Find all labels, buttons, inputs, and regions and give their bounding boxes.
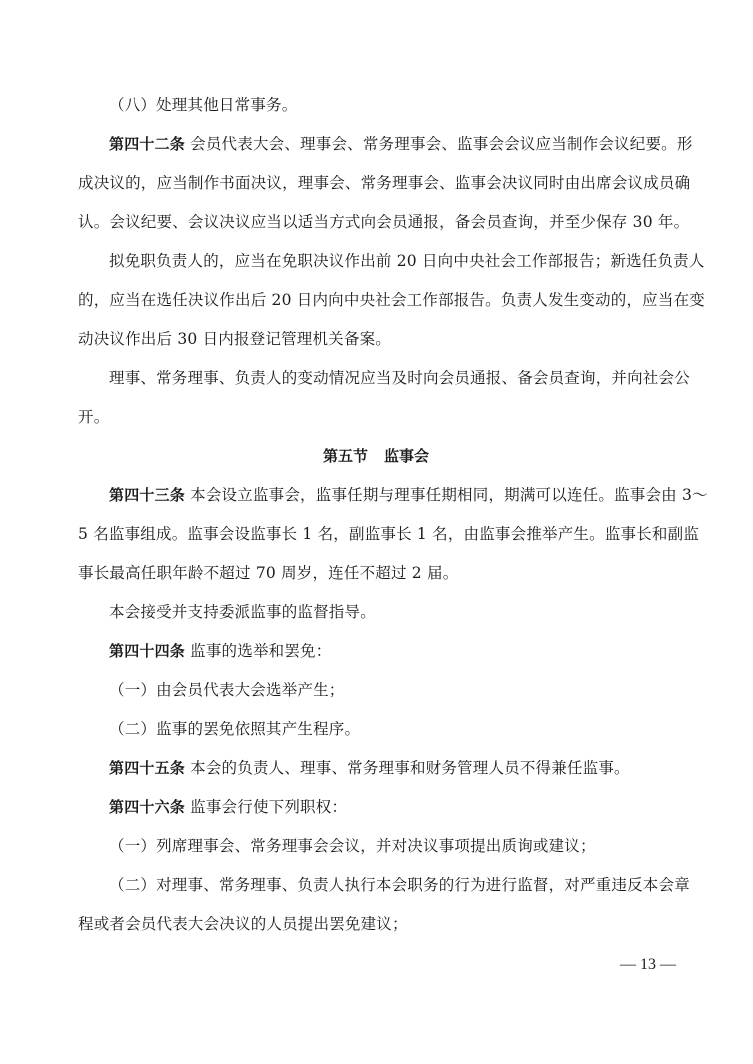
- article-text: 本会的负责人、理事、常务理事和财务管理人员不得兼任监事。: [190, 759, 630, 777]
- list-item-2-line-2: 程或者会员代表大会决议的人员提出罢免建议；: [78, 905, 674, 944]
- section-number: 第五节: [323, 447, 368, 465]
- paragraph-supervision: 本会接受并支持委派监事的监督指导。: [78, 593, 674, 632]
- article-43-line-3: 事长最高任职年龄不超过 70 周岁，连任不超过 2 届。: [78, 554, 674, 593]
- list-item-2: （二）对理事、常务理事、负责人执行本会职务的行为进行监督，对严重违反本会章: [78, 866, 674, 905]
- article-number: 第四十三条: [109, 486, 185, 504]
- article-42: 第四十二条 会员代表大会、理事会、常务理事会、监事会会议应当制作会议纪要。形: [78, 125, 674, 164]
- page-number: — 13 —: [620, 956, 676, 974]
- list-item-1: （一）由会员代表大会选举产生；: [78, 671, 674, 710]
- list-item-1: （一）列席理事会、常务理事会会议，并对决议事项提出质询或建议；: [78, 827, 674, 866]
- article-45: 第四十五条 本会的负责人、理事、常务理事和财务管理人员不得兼任监事。: [78, 749, 674, 788]
- article-number: 第四十二条: [109, 135, 185, 153]
- article-number: 第四十五条: [109, 759, 185, 777]
- document-page: （八）处理其他日常事务。 第四十二条 会员代表大会、理事会、常务理事会、监事会会…: [78, 86, 674, 944]
- paragraph-report: 拟免职负责人的，应当在免职决议作出前 20 日向中央社会工作部报告；新选任负责人: [78, 242, 674, 281]
- article-44: 第四十四条 监事的选举和罢免：: [78, 632, 674, 671]
- article-42-line-3: 认。会议纪要、会议决议应当以适当方式向会员通报，备会员查询，并至少保存 30 年…: [78, 203, 674, 242]
- section-heading: 第五节监事会: [78, 437, 674, 476]
- paragraph-disclosure-line-2: 开。: [78, 398, 674, 437]
- article-number: 第四十四条: [109, 642, 185, 660]
- article-text: 监事会行使下列职权：: [190, 798, 347, 816]
- list-item-2: （二）监事的罢免依照其产生程序。: [78, 710, 674, 749]
- article-text: 会员代表大会、理事会、常务理事会、监事会会议应当制作会议纪要。形: [190, 135, 692, 153]
- paragraph-disclosure: 理事、常务理事、负责人的变动情况应当及时向会员通报、备会员查询，并向社会公: [78, 359, 674, 398]
- paragraph-text: （八）处理其他日常事务。: [109, 96, 297, 114]
- article-46: 第四十六条 监事会行使下列职权：: [78, 788, 674, 827]
- paragraph-report-line-2: 的，应当在选任决议作出后 20 日内向中央社会工作部报告。负责人发生变动的，应当…: [78, 281, 674, 320]
- article-43-line-2: 5 名监事组成。监事会设监事长 1 名，副监事长 1 名，由监事会推举产生。监事…: [78, 515, 674, 554]
- article-text: 本会设立监事会，监事任期与理事任期相同，期满可以连任。监事会由 3～: [190, 486, 708, 504]
- article-number: 第四十六条: [109, 798, 185, 816]
- section-title: 监事会: [384, 447, 429, 465]
- article-43: 第四十三条 本会设立监事会，监事任期与理事任期相同，期满可以连任。监事会由 3～: [78, 476, 674, 515]
- paragraph-item-8: （八）处理其他日常事务。: [78, 86, 674, 125]
- paragraph-report-line-3: 动决议作出后 30 日内报登记管理机关备案。: [78, 320, 674, 359]
- article-text: 监事的选举和罢免：: [190, 642, 331, 660]
- article-42-line-2: 成决议的，应当制作书面决议，理事会、常务理事会、监事会决议同时由出席会议成员确: [78, 164, 674, 203]
